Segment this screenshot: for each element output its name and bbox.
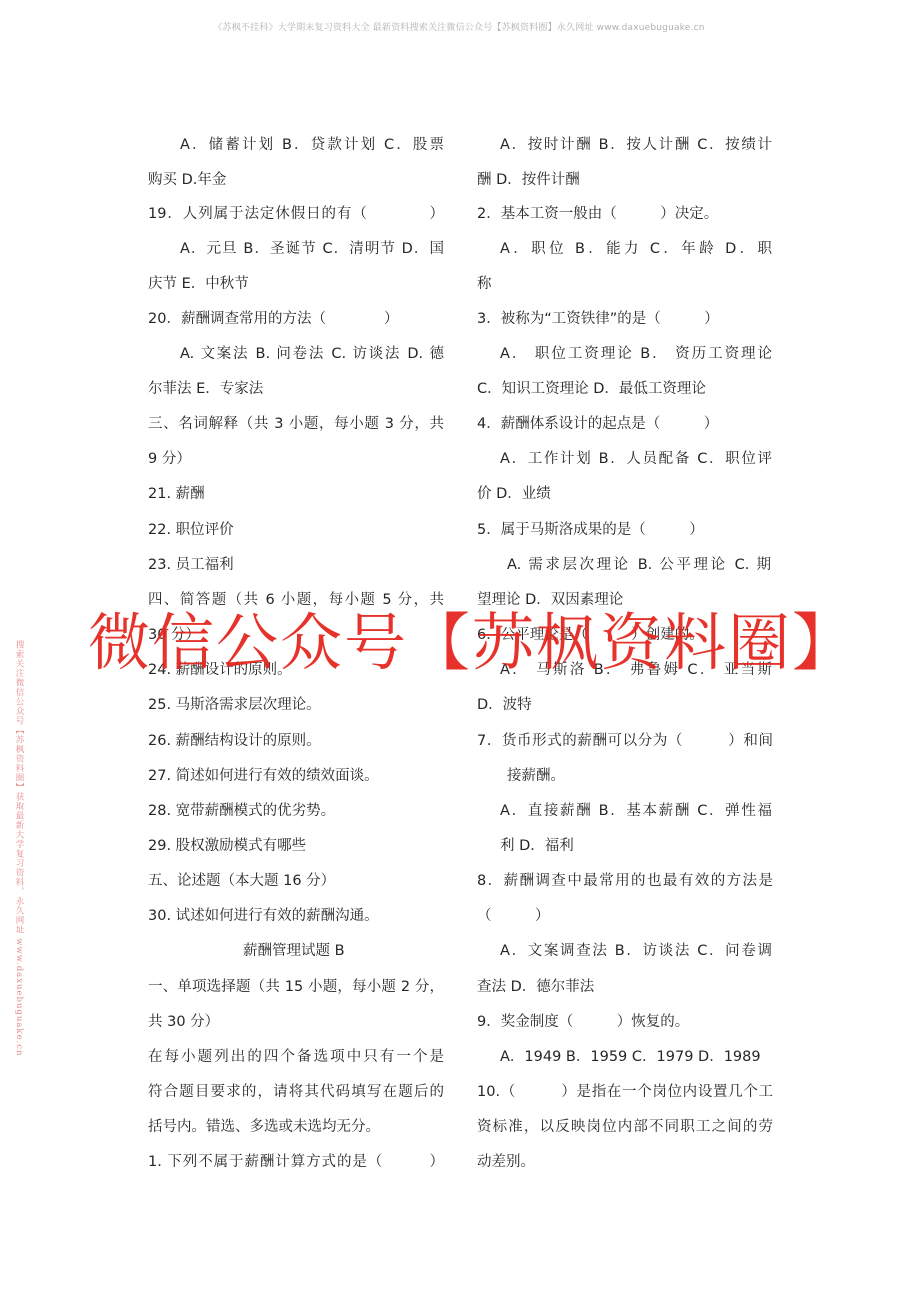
left-column-line: 1. 下列不属于薪酬计算方式的是（ ） [148, 1145, 444, 1180]
right-column-line: 接薪酬。 [507, 759, 565, 794]
right-column-line: 称 [477, 267, 492, 302]
left-column-line: 27. 简述如何进行有效的绩效面谈。 [148, 759, 379, 794]
left-column-line: 29. 股权激励模式有哪些 [148, 829, 306, 864]
right-column-line: 10.（ ）是指在一个岗位内设置几个工 [477, 1075, 773, 1110]
right-column-line: 2．基本工资一般由（ ）决定。 [477, 197, 718, 232]
right-column-line: A．职位 B．能力 C．年龄 D．职 [500, 232, 772, 267]
left-column-line: 21. 薪酬 [148, 477, 205, 512]
left-column-line: 尔菲法 E．专家法 [148, 372, 263, 407]
right-column-line: 动差别。 [477, 1145, 535, 1180]
right-column-line: A．文案调查法 B．访谈法 C．问卷调 [500, 934, 772, 969]
right-column-line: 利 D．福利 [500, 829, 574, 864]
right-column-line: 3．被称为“工资铁律”的是（ ） [477, 302, 719, 337]
right-column-line: 4．薪酬体系设计的起点是（ ） [477, 407, 718, 442]
side-watermark: 搜索关注微信公众号【苏枫资料圈】获取最新大学复习资料，永久网址 www.daxu… [13, 640, 25, 1057]
left-column-line: 26. 薪酬结构设计的原则。 [148, 724, 321, 759]
right-column-line: A．按时计酬 B．按人计酬 C．按绩计 [500, 128, 772, 163]
right-column-line: A．1949 B．1959 C．1979 D．1989 [500, 1040, 761, 1075]
left-column-line: A. 文案法 B. 问卷法 C. 访谈法 D. 德 [180, 337, 444, 372]
right-column-line: 查法 D．德尔菲法 [477, 970, 594, 1005]
right-column-line: 资标准，以反映岗位内部不同职工之间的劳 [477, 1110, 773, 1145]
right-column-line: A． 职位工资理论 B． 资历工资理论 [500, 337, 772, 372]
left-column-line: 28. 宽带薪酬模式的优劣势。 [148, 794, 335, 829]
big-watermark: 微信公众号【苏枫资料圈】 [88, 598, 848, 688]
right-column-line: C．知识工资理论 D．最低工资理论 [477, 372, 706, 407]
right-column-line: 5．属于马斯洛成果的是（ ） [477, 513, 704, 548]
left-column-line: 庆节 E．中秋节 [148, 267, 249, 302]
left-column-line: 三、名词解释（共 3 小题，每小题 3 分，共 [148, 407, 444, 442]
left-column-line: 共 30 分） [148, 1005, 219, 1040]
left-column-line: A．元旦 B．圣诞节 C．清明节 D．国 [180, 232, 444, 267]
left-column-line: 22. 职位评价 [148, 513, 234, 548]
left-column-line: 20．薪酬调查常用的方法（ ） [148, 302, 398, 337]
left-column-line: 薪酬管理试题 B [243, 934, 345, 969]
left-column-line: 括号内。错选、多选或未选均无分。 [148, 1110, 380, 1145]
left-column-line: 23. 员工福利 [148, 548, 234, 583]
right-column-line: 7．货币形式的薪酬可以分为（ ）和间 [477, 724, 773, 759]
left-column-line: 在每小题列出的四个备选项中只有一个是 [148, 1040, 444, 1075]
right-column-line: D．波特 [477, 688, 532, 723]
left-column-line: 9 分） [148, 442, 191, 477]
right-column-line: A．工作计划 B．人员配备 C．职位评 [500, 442, 772, 477]
right-column-line: （ ） [477, 899, 550, 934]
left-column-line: 30. 试述如何进行有效的薪酬沟通。 [148, 899, 379, 934]
right-column-line: A．直接薪酬 B．基本薪酬 C．弹性福 [500, 794, 772, 829]
page-header-banner: 《苏枫不挂科》大学期末复习资料大全 最新资料搜索关注微信公众号【苏枫资料圈】永久… [0, 20, 918, 33]
right-column-line: 酬 D．按件计酬 [477, 163, 580, 198]
left-column-line: 五、论述题（本大题 16 分） [148, 864, 335, 899]
left-column-line: 购买 D.年金 [148, 163, 226, 198]
left-column-line: 19．人列属于法定休假日的有（ ） [148, 197, 444, 232]
left-column-line: A．储蓄计划 B．贷款计划 C．股票 [180, 128, 444, 163]
right-column-line: 9．奖金制度（ ）恢复的。 [477, 1005, 689, 1040]
right-column-line: A. 需求层次理论 B. 公平理论 C. 期 [507, 548, 771, 583]
right-column-line: 8．薪酬调查中最常用的也最有效的方法是 [477, 864, 773, 899]
left-column-line: 符合题目要求的，请将其代码填写在题后的 [148, 1075, 444, 1110]
left-column-line: 25. 马斯洛需求层次理论。 [148, 688, 321, 723]
right-column-line: 价 D．业绩 [477, 477, 551, 512]
left-column-line: 一、单项选择题（共 15 小题，每小题 2 分， [148, 970, 444, 1005]
